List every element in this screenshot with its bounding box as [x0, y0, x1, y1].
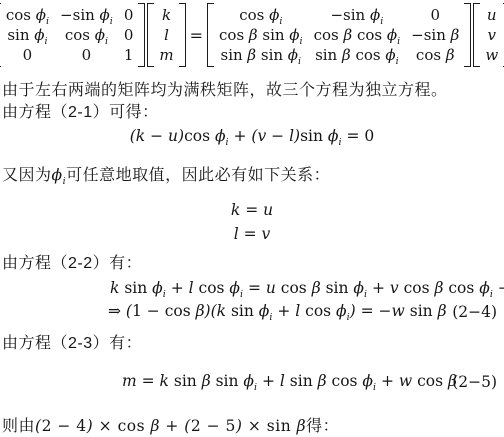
- klm-vector: klm: [147, 3, 185, 67]
- equation-k-equals-u: k = u: [0, 201, 504, 219]
- vector-cell: m: [159, 45, 173, 65]
- matrix-cell: cos β: [416, 45, 455, 65]
- matrix-cell: cos ϕi: [239, 5, 282, 25]
- paragraph-from-eq-2-3: 由方程（2-3）有：: [2, 330, 142, 353]
- paragraph-final-suffix: 得：: [306, 418, 339, 435]
- matrix-cell: 0: [430, 5, 440, 25]
- equation-2-2-line1: k sin ϕi + l cos ϕi = u cos β sin ϕi + v…: [110, 279, 504, 297]
- matrix-cell: cos β cos ϕi: [314, 25, 401, 45]
- matrix-cell: −sin β: [411, 25, 459, 45]
- vector-cell: l: [164, 25, 169, 45]
- equation-2-1-result: (k − u)cos ϕi + (v − l)sin ϕi = 0: [0, 127, 504, 145]
- uvw-vector-cells: uvw: [480, 3, 503, 67]
- right-bracket-icon: [464, 3, 471, 67]
- vector-cell: w: [485, 45, 498, 65]
- final-combination-expression: (2 − 4) × cos β + (2 − 5) × sin β: [35, 417, 306, 435]
- matrix-cell: 0: [124, 5, 134, 25]
- left-matrix-cells: cos ϕi−sin ϕi0sin ϕicos ϕi0001: [1, 3, 139, 67]
- right-bracket-icon: [179, 3, 186, 67]
- equation-l-equals-v: l = v: [0, 225, 504, 243]
- document-page: cos ϕi−sin ϕi0sin ϕicos ϕi0001 klm = cos…: [0, 0, 504, 437]
- right-bracket-icon: [138, 3, 145, 67]
- matrix-cell: 0: [124, 25, 134, 45]
- matrix-cell: sin β sin ϕi: [221, 45, 302, 65]
- right-matrix-cells: cos ϕi−sin ϕi0cos β sin ϕicos β cos ϕi−s…: [214, 3, 464, 67]
- paragraph-phi-arbitrary: 又因为ϕi可任意地取值，因此必有如下关系：: [2, 162, 330, 185]
- uvw-vector: uvw: [473, 3, 504, 67]
- matrix-cell: sin ϕi: [7, 25, 47, 45]
- left-coefficient-matrix: cos ϕi−sin ϕi0sin ϕicos ϕi0001: [0, 3, 145, 67]
- paragraph-phi-arbitrary-suffix: 可任意地取值，因此必有如下关系：: [66, 167, 330, 184]
- equation-number-2-5: (2−5): [452, 373, 497, 391]
- paragraph-from-eq-2-1: 由方程（2-1）可得：: [2, 99, 159, 122]
- paragraph-final-combination: 则由(2 − 4) × cos β + (2 − 5) × sin β得：: [2, 413, 339, 436]
- matrix-cell: 0: [23, 45, 33, 65]
- vector-cell: v: [487, 25, 495, 45]
- left-bracket-icon: [207, 3, 214, 67]
- matrix-cell: 1: [124, 45, 134, 65]
- klm-vector-cells: klm: [154, 3, 178, 67]
- phi-symbol: ϕi: [52, 166, 67, 184]
- paragraph-phi-arbitrary-prefix: 又因为: [2, 167, 52, 184]
- left-bracket-icon: [147, 3, 154, 67]
- equation-2-2-line2: ⇒ (1 − cos β)(k sin ϕi + l cos ϕi) = −w …: [108, 302, 447, 320]
- matrix-cell: cos ϕi: [6, 5, 49, 25]
- vector-cell: k: [162, 5, 171, 25]
- vector-cell: u: [487, 5, 497, 25]
- matrix-equation: cos ϕi−sin ϕi0sin ϕicos ϕi0001 klm = cos…: [0, 3, 504, 67]
- left-bracket-icon: [473, 3, 480, 67]
- matrix-cell: −sin ϕi: [330, 5, 383, 25]
- equals-sign: =: [190, 26, 203, 45]
- paragraph-from-eq-2-2: 由方程（2-2）有：: [2, 250, 142, 273]
- matrix-cell: cos ϕi: [65, 25, 108, 45]
- paragraph-full-rank: 由于左右两端的矩阵均为满秩矩阵，故三个方程为独立方程。: [2, 77, 448, 100]
- matrix-cell: −sin ϕi: [60, 5, 113, 25]
- equation-number-2-4: (2−4): [452, 303, 497, 321]
- matrix-cell: 0: [82, 45, 92, 65]
- matrix-cell: cos β sin ϕi: [219, 25, 303, 45]
- paragraph-final-prefix: 则由: [2, 418, 35, 435]
- matrix-cell: sin β cos ϕi: [315, 45, 399, 65]
- right-coefficient-matrix: cos ϕi−sin ϕi0cos β sin ϕicos β cos ϕi−s…: [207, 3, 471, 67]
- equation-2-3: m = k sin β sin ϕi + l sin β cos ϕi + w …: [122, 372, 457, 390]
